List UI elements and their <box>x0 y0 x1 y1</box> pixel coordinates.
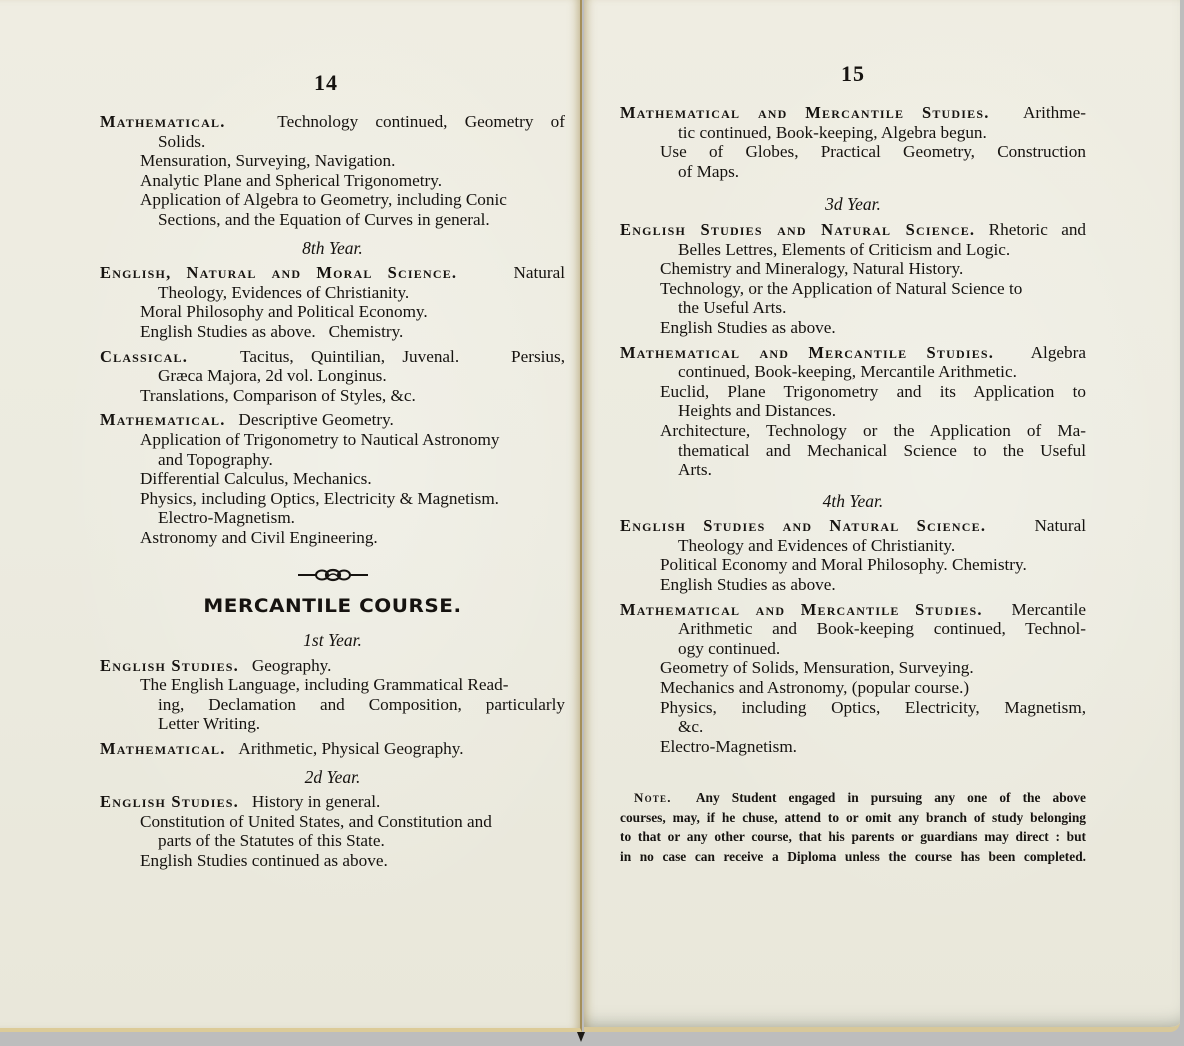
ribbon-bookmark <box>577 1032 585 1042</box>
english-natural-science-section: English Studies and Natural Science. Rhe… <box>620 220 1086 338</box>
mathematical-section: Mathematical. Descriptive Geometry. Appl… <box>100 410 565 547</box>
year-heading: 3d Year. <box>620 195 1086 215</box>
mathematical-section-continued: Mathematical. Technology continued, Geom… <box>100 112 565 230</box>
course-title: MERCANTILE COURSE. <box>88 597 576 617</box>
english-studies-section: English Studies. History in general. Con… <box>100 792 565 870</box>
page-number: 14 <box>314 70 338 96</box>
classical-section: Classical. Tacitus, Quintilian, Juvenal.… <box>100 347 565 406</box>
year-heading: 2d Year. <box>100 768 565 788</box>
year-heading: 1st Year. <box>100 631 565 651</box>
right-page: 15 Mathematical and Mercantile Studies. … <box>584 0 1180 1032</box>
right-page-content: Mathematical and Mercantile Studies. Ari… <box>620 103 1086 866</box>
knot-ornament-icon <box>100 567 565 581</box>
mathematical-mercantile-section: Mathematical and Mercantile Studies. Alg… <box>620 343 1086 480</box>
open-book: 14 Mathematical. Technology continued, G… <box>0 0 1184 1036</box>
left-page: 14 Mathematical. Technology continued, G… <box>0 0 582 1032</box>
english-studies-section: English Studies. Geography. The English … <box>100 656 565 734</box>
mathematical-mercantile-section: Mathematical and Mercantile Studies. Mer… <box>620 600 1086 757</box>
english-natural-moral-section: English, Natural and Moral Science. Natu… <box>100 263 565 341</box>
section-label: Mathematical. <box>100 112 226 131</box>
page-number: 15 <box>841 61 865 87</box>
left-page-content: Mathematical. Technology continued, Geom… <box>100 112 565 876</box>
footnote: Note. Any Student engaged in pursuing an… <box>620 788 1086 866</box>
mathematical-section: Mathematical. Arithmetic, Physical Geogr… <box>100 739 565 759</box>
english-natural-science-section: English Studies and Natural Science. Nat… <box>620 516 1086 594</box>
year-heading: 4th Year. <box>620 492 1086 512</box>
year-heading: 8th Year. <box>100 239 565 259</box>
mathematical-mercantile-section: Mathematical and Mercantile Studies. Ari… <box>620 103 1086 181</box>
